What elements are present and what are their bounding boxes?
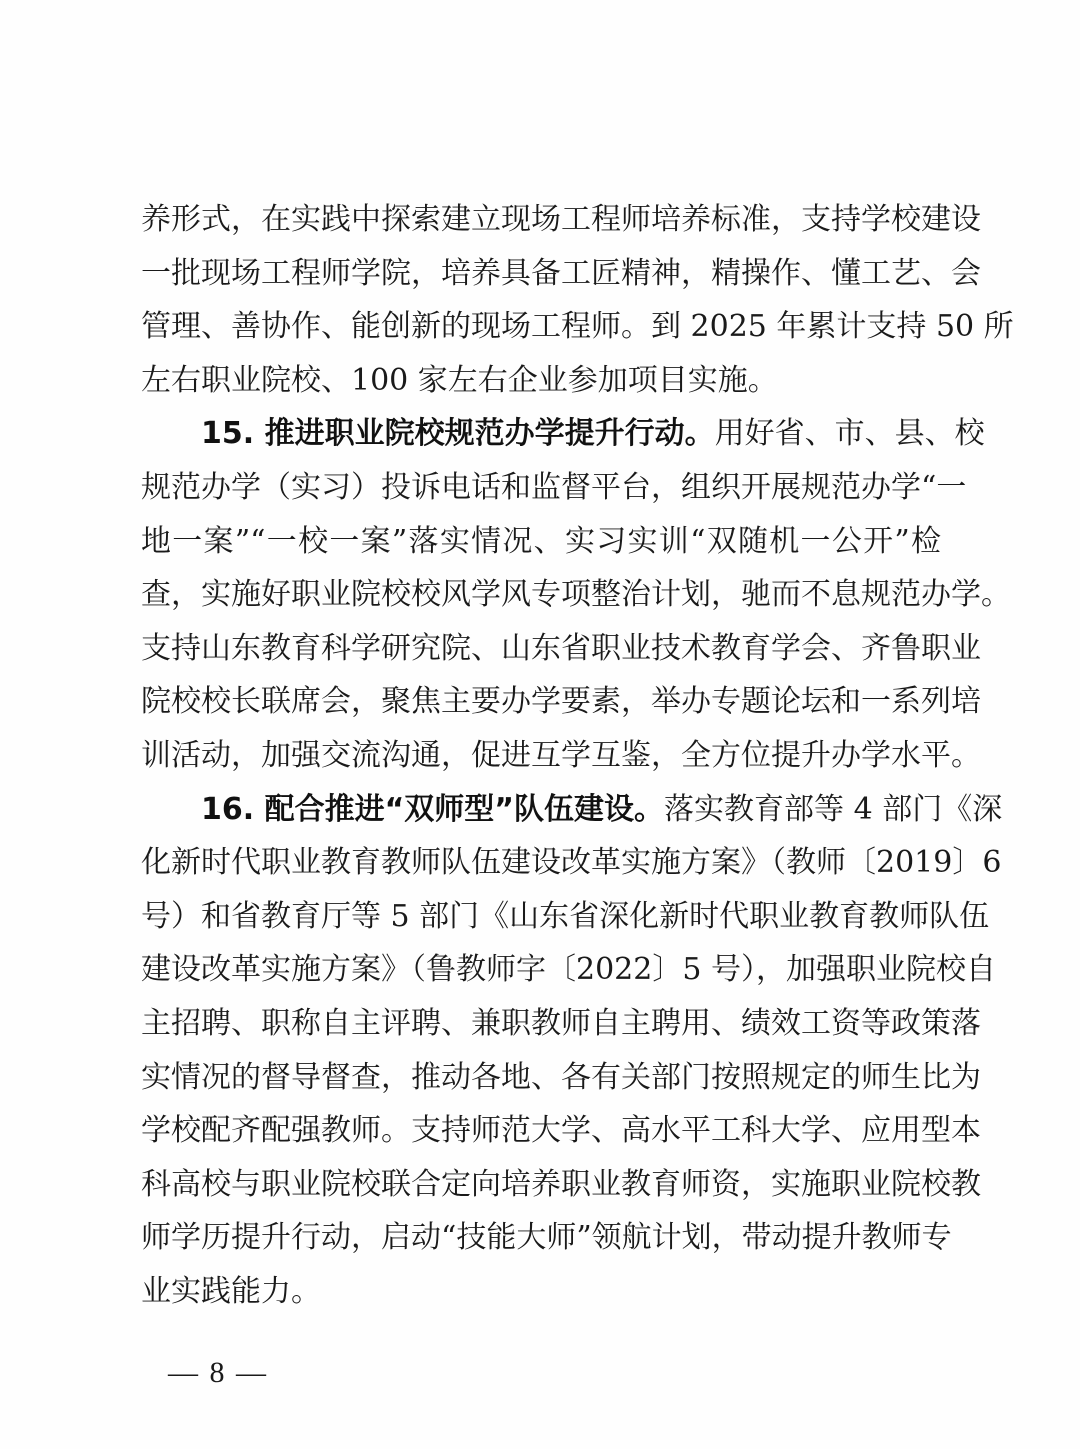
text-line: 化新时代职业教育教师队伍建设改革实施方案》（教师〔2019〕6 — [141, 836, 941, 890]
text-line: 主招聘、职称自主评聘、兼职教师自主聘用、绩效工资等政策落 — [141, 997, 941, 1051]
text-line: 业实践能力。 — [141, 1265, 941, 1319]
text-line: 实情况的督导督查，推动各地、各有关部门按照规定的师生比为 — [141, 1051, 941, 1105]
body-text: 养形式，在实践中探索建立现场工程师培养标准，支持学校建设 一批现场工程师学院，培… — [141, 193, 941, 1318]
page-number: — 8 — — [168, 1356, 268, 1390]
document-page: 养形式，在实践中探索建立现场工程师培养标准，支持学校建设 一批现场工程师学院，培… — [0, 0, 1080, 1449]
text-span: 用好省、市、县、校 — [715, 416, 985, 451]
text-line: 号）和省教育厅等 5 部门《山东省深化新时代职业教育教师队伍 — [141, 890, 941, 944]
text-line: 学校配齐配强教师。支持师范大学、高水平工科大学、应用型本 — [141, 1104, 941, 1158]
text-line: 地一案”“一校一案”落实情况、实习实训“双随机一公开”检 — [141, 515, 941, 569]
text-line: 管理、善协作、能创新的现场工程师。到 2025 年累计支持 50 所 — [141, 300, 941, 354]
text-span: 落实教育部等 4 部门《深 — [664, 792, 1002, 827]
text-line: 师学历提升行动，启动“技能大师”领航计划，带动提升教师专 — [141, 1211, 941, 1265]
text-line: 规范办学（实习）投诉电话和监督平台，组织开展规范办学“一 — [141, 461, 941, 515]
section-16-heading: 16. 配合推进“双师型”队伍建设。 — [201, 792, 664, 827]
text-line: 左右职业院校、100 家左右企业参加项目实施。 — [141, 354, 941, 408]
text-line: 一批现场工程师学院，培养具备工匠精神，精操作、懂工艺、会 — [141, 247, 941, 301]
text-line: 支持山东教育科学研究院、山东省职业技术教育学会、齐鲁职业 — [141, 622, 941, 676]
section-15-heading: 15. 推进职业院校规范办学提升行动。 — [201, 416, 715, 451]
text-line: 建设改革实施方案》（鲁教师字〔2022〕5 号），加强职业院校自 — [141, 943, 941, 997]
text-line: 训活动，加强交流沟通，促进互学互鉴，全方位提升办学水平。 — [141, 729, 941, 783]
text-line: 养形式，在实践中探索建立现场工程师培养标准，支持学校建设 — [141, 193, 941, 247]
section-16-first-line: 16. 配合推进“双师型”队伍建设。落实教育部等 4 部门《深 — [141, 783, 941, 837]
text-line: 科高校与职业院校联合定向培养职业教育师资，实施职业院校教 — [141, 1158, 941, 1212]
section-15-first-line: 15. 推进职业院校规范办学提升行动。用好省、市、县、校 — [141, 407, 941, 461]
text-line: 查，实施好职业院校校风学风专项整治计划，驰而不息规范办学。 — [141, 568, 941, 622]
text-line: 院校校长联席会，聚焦主要办学要素，举办专题论坛和一系列培 — [141, 675, 941, 729]
